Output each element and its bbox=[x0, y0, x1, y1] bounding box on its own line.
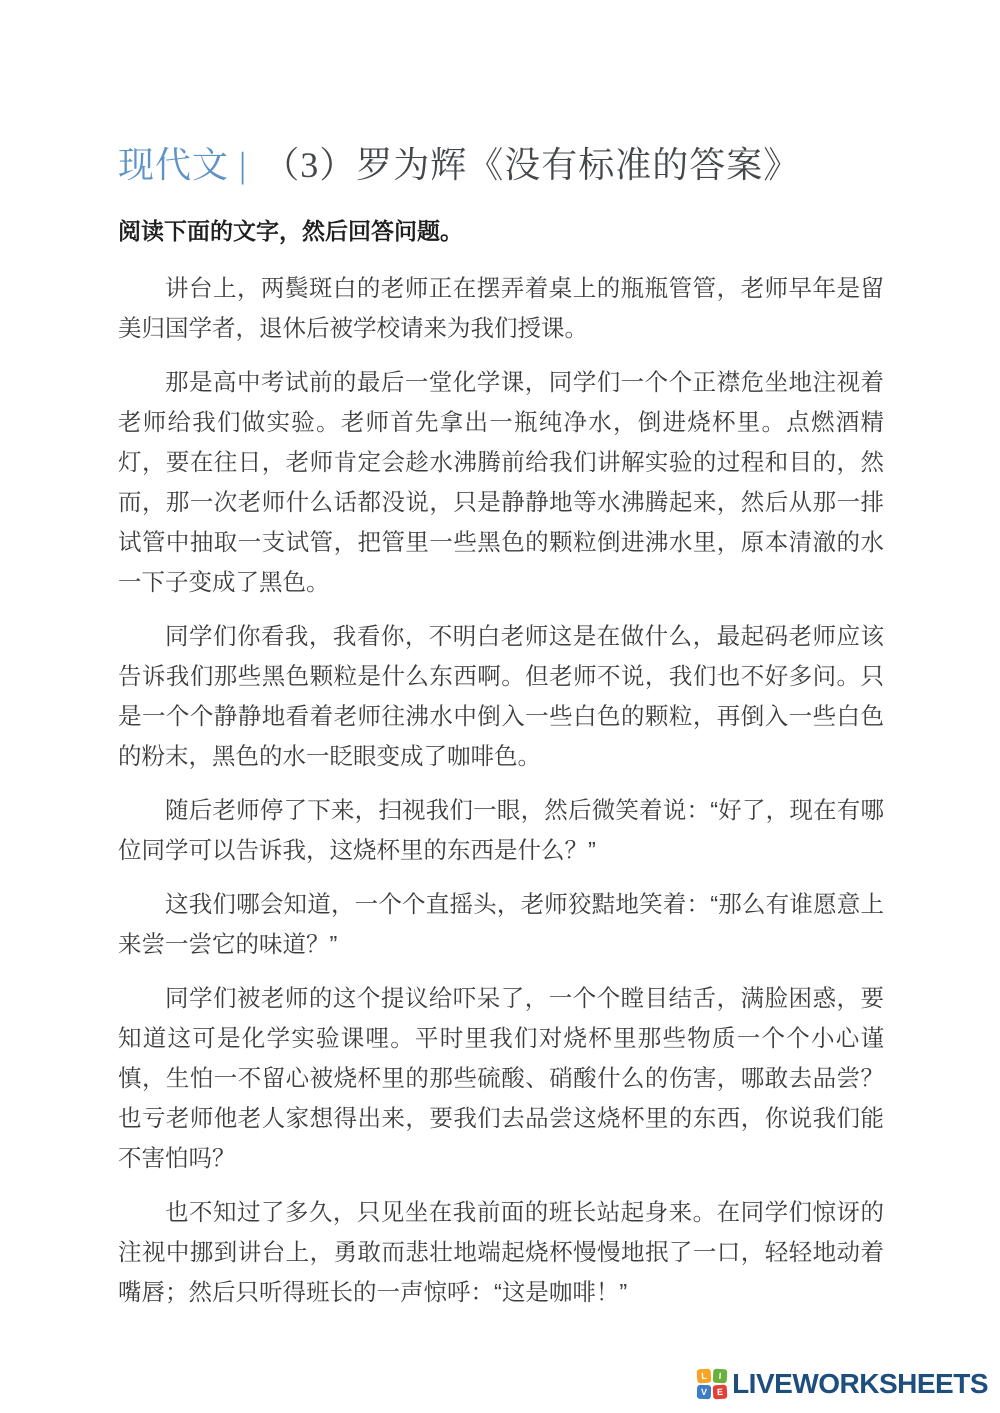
instruction-text: 阅读下面的文字，然后回答问题。 bbox=[118, 216, 884, 246]
liveworksheets-wordmark: LIVEWORKSHEETS bbox=[732, 1368, 988, 1400]
story-paragraph-1: 讲台上，两鬓斑白的老师正在摆弄着桌上的瓶瓶管管，老师早年是留美归国学者，退休后被… bbox=[118, 268, 884, 348]
document-page: 现代文 |（3）罗为辉《没有标准的答案》 阅读下面的文字，然后回答问题。 讲台上… bbox=[0, 0, 1000, 1413]
logo-tile-l: L bbox=[697, 1369, 712, 1384]
liveworksheets-logo[interactable]: L I V E LIVEWORKSHEETS bbox=[697, 1368, 988, 1400]
title-category: 现代文 | bbox=[118, 145, 247, 185]
title-work: （3）罗为辉《没有标准的答案》 bbox=[263, 145, 800, 185]
logo-tile-e: E bbox=[713, 1385, 728, 1400]
page-title: 现代文 |（3）罗为辉《没有标准的答案》 bbox=[118, 142, 884, 190]
story-paragraph-2: 那是高中考试前的最后一堂化学课，同学们一个个正襟危坐地注视着老师给我们做实验。老… bbox=[118, 362, 884, 602]
story-paragraph-7: 也不知过了多久，只见坐在我前面的班长站起身来。在同学们惊讶的注视中挪到讲台上，勇… bbox=[118, 1192, 884, 1312]
logo-tile-i: I bbox=[713, 1369, 728, 1384]
liveworksheets-icon: L I V E bbox=[697, 1369, 727, 1399]
story-paragraph-3: 同学们你看我，我看你，不明白老师这是在做什么，最起码老师应该告诉我们那些黑色颗粒… bbox=[118, 616, 884, 776]
story-paragraph-5: 这我们哪会知道，一个个直摇头，老师狡黠地笑着：“那么有谁愿意上来尝一尝它的味道？… bbox=[118, 884, 884, 964]
story-paragraph-4: 随后老师停了下来，扫视我们一眼，然后微笑着说：“好了，现在有哪位同学可以告诉我，… bbox=[118, 790, 884, 870]
logo-tile-v: V bbox=[697, 1385, 711, 1399]
story-paragraph-6: 同学们被老师的这个提议给吓呆了，一个个瞠目结舌，满脸困惑，要知道这可是化学实验课… bbox=[118, 978, 884, 1178]
